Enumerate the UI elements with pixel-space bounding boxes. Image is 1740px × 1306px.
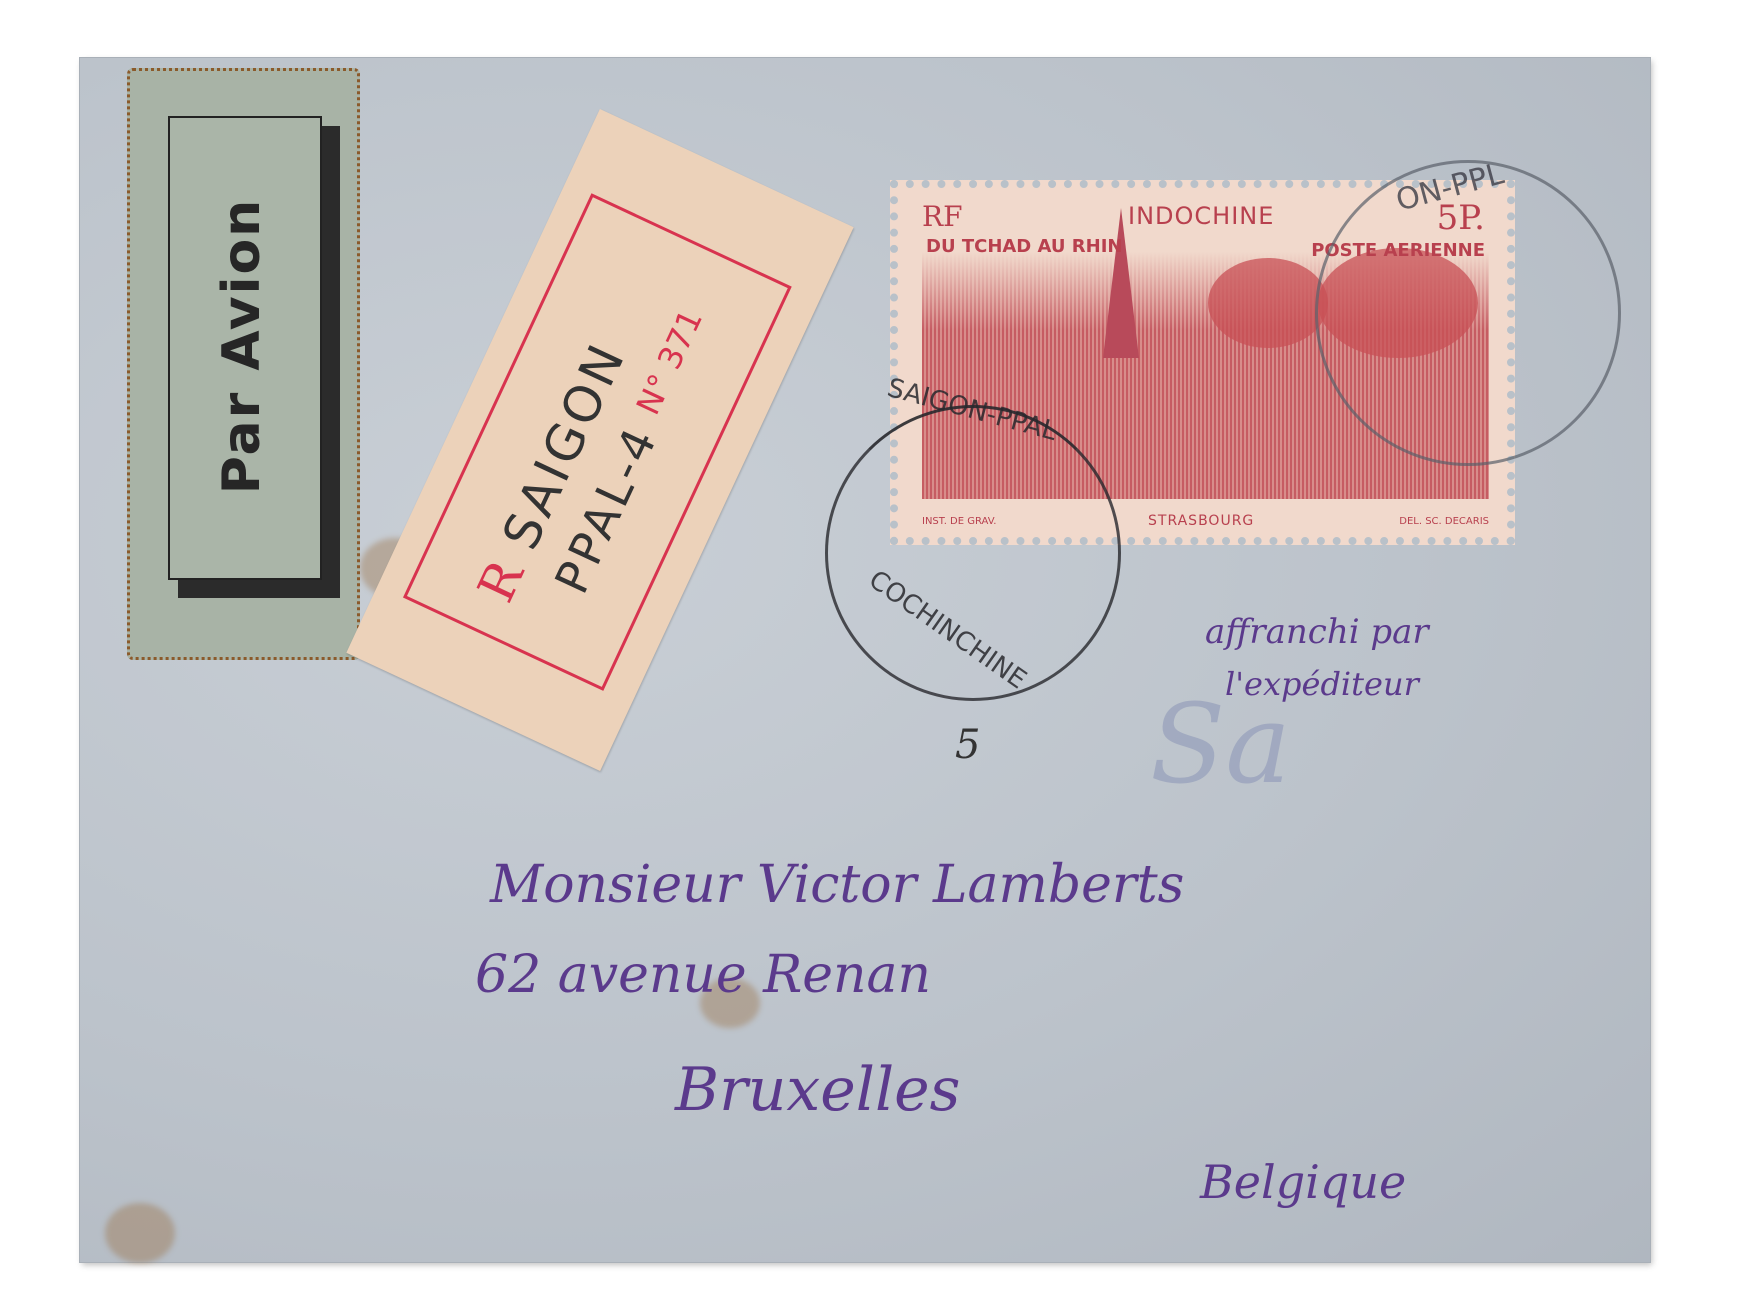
stamp-place: STRASBOURG — [1148, 513, 1254, 529]
address-street: 62 avenue Renan — [475, 945, 931, 1005]
postmark-right — [1315, 160, 1621, 466]
note-line-1: affranchi par — [1205, 612, 1429, 652]
airmail-label: Par Avion — [127, 68, 360, 660]
stain — [105, 1203, 175, 1263]
stamp-designer: DEL. SC. DECARIS — [1399, 516, 1489, 527]
smoke-cloud — [1208, 258, 1328, 348]
address-country: Belgique — [1200, 1155, 1406, 1209]
address-city: Bruxelles — [675, 1055, 960, 1125]
addressee-name: Monsieur Victor Lamberts — [490, 855, 1184, 915]
cathedral-spire — [1103, 208, 1139, 358]
stamp-country: INDOCHINE — [1128, 202, 1274, 230]
stamp-rf: RF — [922, 200, 963, 233]
stamp-subtitle: DU TCHAD AU RHIN — [926, 236, 1122, 257]
airmail-text: Par Avion — [212, 198, 272, 494]
handwritten-mark: 5 — [955, 722, 980, 768]
note-line-2: l'expéditeur — [1225, 665, 1419, 703]
